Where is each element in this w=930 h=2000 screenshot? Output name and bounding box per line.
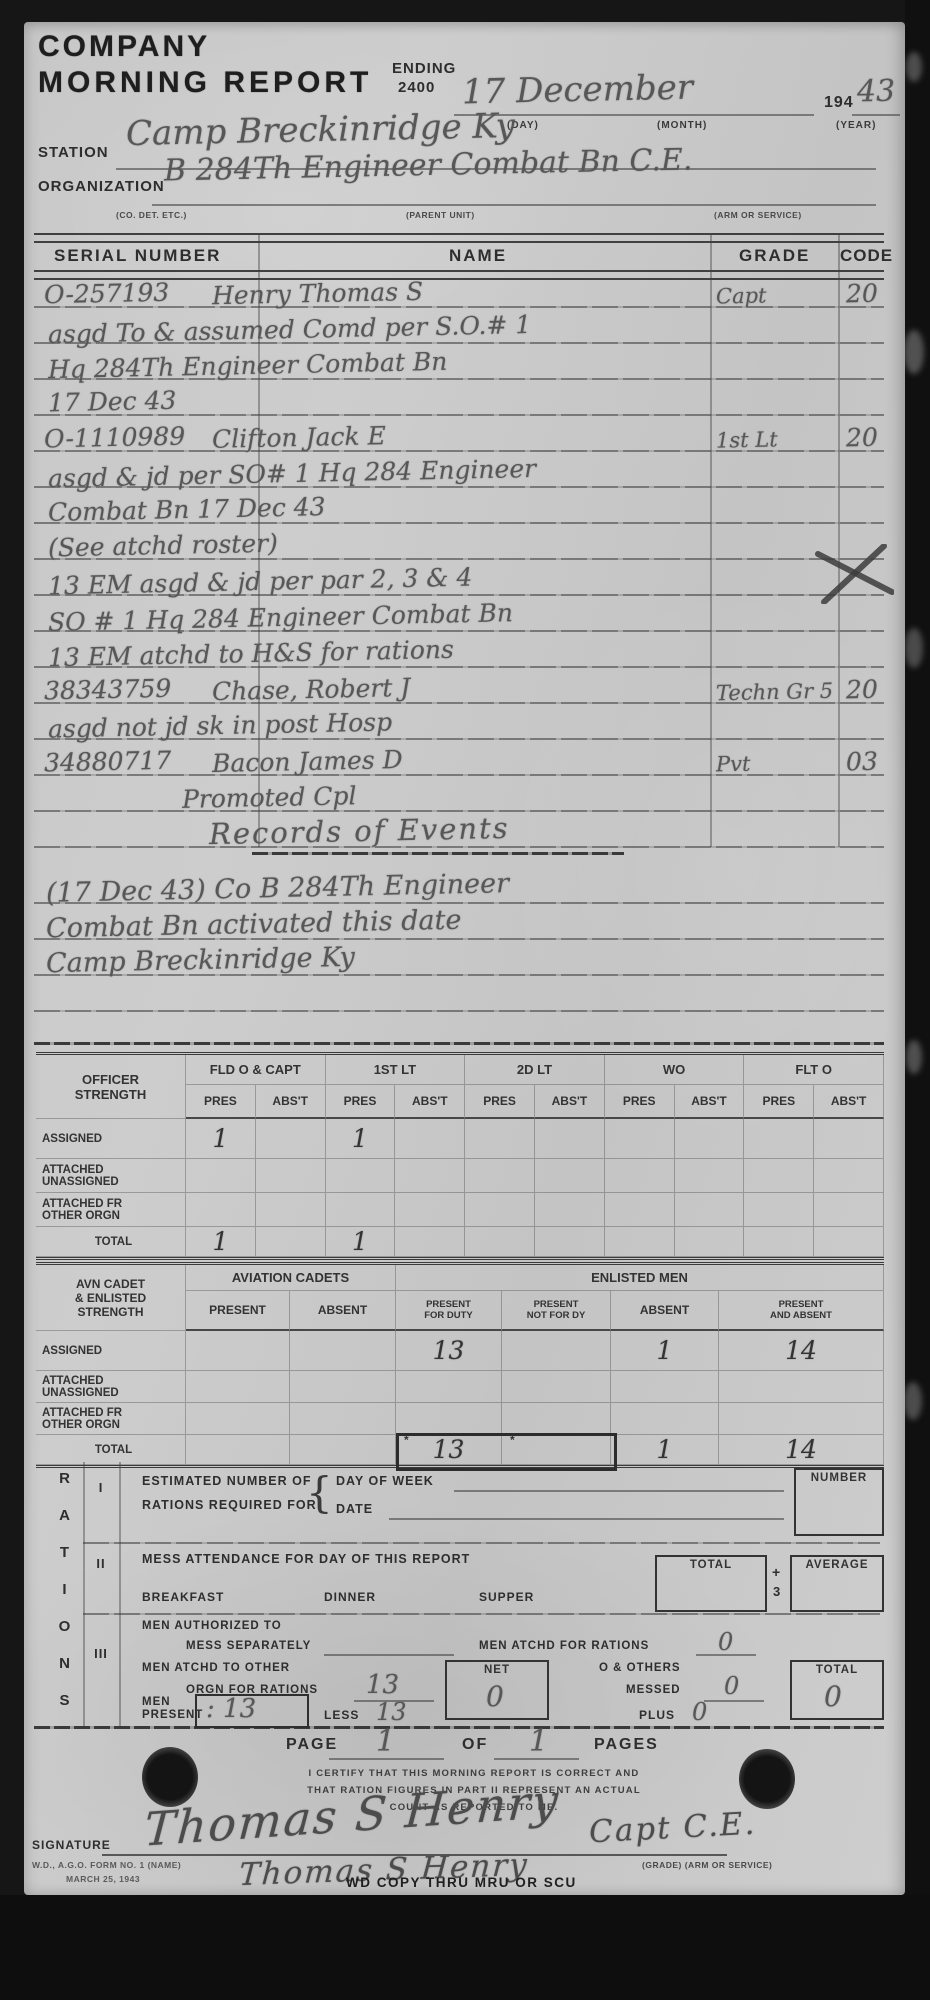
year-caption: (YEAR) [836,120,876,131]
mess-separately-line [324,1654,454,1656]
enlisted-strength-table: AVN CADET & ENLISTED STRENGTH AVIATION C… [36,1262,884,1468]
form-title-line2: MORNING REPORT [38,66,372,100]
year-handwritten: 43 [857,74,896,110]
enlisted-cell-value [290,1371,396,1403]
officer-cell-value [605,1193,675,1227]
mess-total-label: TOTAL [657,1557,765,1571]
o-others-value: 0 [724,1672,739,1700]
x-pencil-mark [814,544,894,604]
date-field-line [389,1518,784,1520]
enlisted-cell-value [502,1403,611,1435]
rations-letter: T [50,1544,80,1561]
men-authorized-line2: MESS SEPARATELY [186,1640,311,1652]
day-of-week-label: DAY OF WEEK [336,1474,434,1488]
enlisted-sub-header: PRESENT AND ABSENT [719,1291,884,1331]
officer-group-header: 2D LT [465,1055,605,1085]
total-asterisk-2: * [510,1433,515,1447]
page-underline [329,1758,444,1760]
net-box-label: NET [447,1662,547,1676]
rations-div-2 [83,1613,880,1615]
rations-numeral: III [83,1646,119,1661]
men-atchd-rations-value: 0 [718,1628,733,1656]
officer-group-header: WO [605,1055,745,1085]
enlisted-cell-value: 14 [719,1331,884,1371]
less-label: LESS [324,1708,359,1722]
officer-cell-value [535,1159,605,1193]
roster-serial: O-1110989 [44,422,186,454]
roster-serial: O-257193 [44,278,170,310]
roster-remark: 17 Dec 43 [48,386,177,418]
number-box-label: NUMBER [796,1470,882,1484]
supper-label: SUPPER [479,1590,534,1604]
officer-cell-value [395,1227,465,1257]
o-others-line1: O & OTHERS [599,1662,681,1674]
roster-code: 20 [846,423,878,453]
enlisted-cell-value [502,1371,611,1403]
officer-sub-header: ABS'T [535,1085,605,1119]
pages-value: 1 [529,1724,548,1759]
enlisted-cell-value [396,1403,502,1435]
officer-cell-value [675,1193,745,1227]
officer-sub-header: PRES [465,1085,535,1119]
officer-row-label: ATTACHED UNASSIGNED [36,1159,186,1193]
officer-cell-value [465,1227,535,1257]
enlisted-sub-header: PRESENT FOR DUTY [396,1291,502,1331]
officer-cell-value [744,1193,814,1227]
roster-vrule-2 [710,235,712,847]
year-printed: 194 [824,94,854,112]
date-field-label: DATE [336,1502,373,1516]
enlisted-men-header: ENLISTED MEN [396,1265,884,1291]
officer-cell-value [814,1119,884,1159]
men-present-value: : 13 [206,1694,256,1724]
morning-report-page: COMPANY MORNING REPORT ENDING 2400 17 De… [24,22,905,1895]
ending-label: ENDING [392,60,456,77]
enlisted-cell-value [290,1435,396,1465]
events-entry: Camp Breckinridge Ky [46,942,355,979]
officer-group-header: FLD O & CAPT [186,1055,326,1085]
enlisted-sub-header: ABSENT [611,1291,719,1331]
records-of-events-heading: Records of Events [209,811,510,851]
enlisted-cell-value [290,1403,396,1435]
roster-remark: Combat Bn 17 Dec 43 [48,492,326,527]
rations-vrule-1 [83,1462,85,1726]
page-label: PAGE [286,1736,338,1754]
plus-sign: + [772,1564,781,1580]
events-rule [34,1010,884,1012]
pages-label: PAGES [594,1736,659,1754]
col-grade-header: GRADE [739,246,810,266]
wd-copy-label: WD COPY THRU MRU OR SCU [346,1875,577,1890]
enlisted-cell-value: 1 [611,1331,719,1371]
officer-cell-value [535,1227,605,1257]
roster-code: 20 [846,675,878,705]
officer-cell-value [186,1159,256,1193]
officer-cell-value: 1 [186,1227,256,1257]
roster-name: Bacon James D [212,745,403,778]
col-name-header: NAME [449,246,507,266]
roster-serial: 38343759 [44,674,172,706]
officer-cell-value [256,1119,326,1159]
rations-bottom-rule [34,1726,884,1729]
enlisted-cell-value: 13 [396,1331,502,1371]
officer-sub-header: ABS'T [814,1085,884,1119]
scan-smudge [906,1040,922,1074]
org-sub1: (CO. DET. ETC.) [116,210,187,220]
roster-code: 03 [846,747,878,777]
rations-div-1 [83,1542,880,1544]
roster-name: Chase, Robert J [212,673,411,706]
brace: { [306,1468,333,1517]
scan-smudge [906,52,922,82]
breakfast-label: BREAKFAST [142,1590,224,1604]
dinner-label: DINNER [324,1590,376,1604]
form-title-line1: COMPANY [38,30,210,64]
punch-hole-right [739,1749,795,1809]
col-code-header: CODE [840,246,893,266]
rations-total-value: 0 [824,1680,842,1713]
pages-underline [494,1758,579,1760]
officer-sub-header: ABS'T [256,1085,326,1119]
roster-vrule-3 [838,235,840,847]
number-box: NUMBER [794,1468,884,1536]
page-value: 1 [376,1724,395,1759]
month-label: (MONTH) [657,120,707,131]
officer-row-label: ATTACHED FR OTHER ORGN [36,1193,186,1227]
officer-cell-value [326,1159,396,1193]
enlisted-cell-value [186,1403,290,1435]
of-label: OF [462,1736,488,1754]
men-atchd-other-line1: MEN ATCHD TO OTHER [142,1662,290,1674]
officer-sub-header: PRES [605,1085,675,1119]
rations-letter: N [50,1655,80,1672]
officer-cell-value [814,1193,884,1227]
roster-code: 20 [846,279,878,309]
officer-cell-value [744,1159,814,1193]
avn-cadet-label: AVN CADET & ENLISTED STRENGTH [36,1265,186,1331]
rations-letter: A [50,1507,80,1524]
officer-cell-value [535,1119,605,1159]
officer-sub-header: PRES [326,1085,396,1119]
officer-sub-header: PRES [186,1085,256,1119]
officer-cell-value [186,1193,256,1227]
enlisted-cell-value [611,1371,719,1403]
roster-remark: Promoted Cpl [182,781,357,814]
divisor-3: 3 [773,1584,781,1599]
total-asterisk-1: * [404,1433,409,1447]
officer-group-header: 1ST LT [326,1055,466,1085]
est-rations-line2: RATIONS REQUIRED FOR [142,1498,317,1512]
rations-numeral: I [83,1480,119,1495]
enlisted-cell-value [290,1331,396,1371]
officer-cell-value [744,1119,814,1159]
scanned-morning-report: { "header": { "title_line1": "COMPANY", … [0,0,930,2000]
punch-hole-left [142,1747,198,1807]
officer-sub-header: PRES [744,1085,814,1119]
enlisted-row-label: ATTACHED FR OTHER ORGN [36,1403,186,1435]
enlisted-cell-value [719,1371,884,1403]
scan-smudge [904,1382,922,1420]
organization-underline [152,204,876,206]
enlisted-cell-value: 1 [611,1435,719,1465]
rations-letter: R [50,1470,80,1487]
station-label: STATION [38,144,109,161]
officer-cell-value [465,1159,535,1193]
officer-row-label: ASSIGNED [36,1119,186,1159]
mess-attendance-label: MESS ATTENDANCE FOR DAY OF THIS REPORT [142,1552,470,1566]
officer-strength-label: OFFICER STRENGTH [36,1055,186,1119]
men-atchd-rations-line [696,1654,756,1656]
rations-letter: O [50,1618,80,1635]
officer-sub-header: ABS'T [395,1085,465,1119]
officer-cell-value [395,1193,465,1227]
enlisted-cell-value: 14 [719,1435,884,1465]
officer-cell-value [256,1159,326,1193]
roster-rule [34,846,884,848]
less-value: 13 [376,1698,407,1726]
officer-strength-table: OFFICER STRENGTH FLD O & CAPT 1ST LT 2D … [36,1052,884,1260]
plus-label: PLUS [639,1708,675,1722]
day-of-week-line [454,1490,784,1492]
rations-total-label: TOTAL [792,1662,882,1676]
officer-cell-value [465,1119,535,1159]
enlisted-cell-value [502,1331,611,1371]
organization-label: ORGANIZATION [38,178,165,195]
rations-numeral: II [83,1556,119,1571]
officer-cell-value [675,1159,745,1193]
officer-cell-value [605,1159,675,1193]
officer-cell-value [814,1227,884,1257]
plus-value: 0 [692,1698,707,1726]
rations-letter: S [50,1692,80,1709]
net-value: 0 [486,1680,504,1713]
officer-cell-value [395,1119,465,1159]
officer-group-header: FLT O [744,1055,884,1085]
est-rations-line1: ESTIMATED NUMBER OF [142,1474,311,1488]
total-bold-box [396,1433,617,1471]
scan-smudge [905,628,923,668]
form-number-line1: W.D., A.G.O. FORM NO. 1 (NAME) [32,1860,181,1870]
officer-cell-value [744,1227,814,1257]
roster-grade: 1st Lt [716,427,778,452]
scan-border-bottom [0,1895,930,2000]
officer-sub-header: ABS'T [675,1085,745,1119]
officer-cell-value [605,1227,675,1257]
certify-line1: I CERTIFY THAT THIS MORNING REPORT IS CO… [244,1768,704,1779]
enlisted-sub-header: PRESENT NOT FOR DY [502,1291,611,1331]
signature-label: SIGNATURE [32,1838,111,1852]
officer-cell-value [256,1227,326,1257]
form-number-line2: MARCH 25, 1943 [66,1874,140,1884]
org-sub2: (PARENT UNIT) [406,210,475,220]
roster-top-rule [34,233,884,243]
officer-cell-value [675,1119,745,1159]
average-box: AVERAGE [790,1555,884,1612]
ending-time: 2400 [398,79,435,96]
officer-cell-value: 1 [326,1119,396,1159]
roster-remark: (See atchd roster) [48,529,278,563]
records-heading-underline [252,852,624,855]
enlisted-cell-value [611,1403,719,1435]
scan-smudge [904,330,924,374]
officer-cell-value [675,1227,745,1257]
men-atchd-rations-label: MEN ATCHD FOR RATIONS [479,1640,649,1652]
roster-name: Henry Thomas S [212,277,424,310]
enlisted-cell-value [719,1403,884,1435]
col-serial-header: SERIAL NUMBER [54,246,221,266]
enlisted-sub-header: PRESENT [186,1291,290,1331]
signature-grade-script: Capt C.E. [588,1806,757,1851]
roster-grade: Techn Gr 5 [716,679,834,705]
enlisted-row-label: ATTACHED UNASSIGNED [36,1371,186,1403]
enlisted-sub-header: ABSENT [290,1291,396,1331]
officer-cell-value [465,1193,535,1227]
orgn-for-rations-value: 13 [366,1670,399,1700]
rations-vrule-2 [119,1462,121,1726]
org-sub3: (ARM OR SERVICE) [714,210,802,220]
grade-service-label: (GRADE) (ARM OR SERVICE) [642,1860,772,1870]
records-bottom-rule [34,1042,884,1045]
men-authorized-line1: MEN AUTHORIZED TO [142,1620,282,1632]
o-others-line2: MESSED [626,1684,681,1696]
roster-grade: Capt [716,283,767,308]
scan-border-right [905,0,930,2000]
officer-cell-value [814,1159,884,1193]
officer-cell-value [395,1159,465,1193]
officer-cell-value [256,1193,326,1227]
roster-grade: Pvt [716,752,751,777]
average-box-label: AVERAGE [792,1557,882,1571]
mess-total-box: TOTAL [655,1555,767,1612]
enlisted-cell-value [186,1331,290,1371]
enlisted-row-label: ASSIGNED [36,1331,186,1371]
officer-cell-value [605,1119,675,1159]
officer-cell-value: 1 [186,1119,256,1159]
aviation-cadets-header: AVIATION CADETS [186,1265,396,1291]
o-others-line [704,1700,764,1702]
officer-cell-value [535,1193,605,1227]
enlisted-row-label: TOTAL [36,1435,186,1465]
officer-row-label: TOTAL [36,1227,186,1257]
enlisted-cell-value [186,1371,290,1403]
officer-cell-value: 1 [326,1227,396,1257]
rations-letter: I [50,1581,80,1598]
enlisted-cell-value [396,1371,502,1403]
enlisted-cell-value [186,1435,290,1465]
roster-name: Clifton Jack E [212,421,386,454]
roster-serial: 34880717 [44,746,172,778]
year-underline [852,114,900,116]
officer-cell-value [326,1193,396,1227]
